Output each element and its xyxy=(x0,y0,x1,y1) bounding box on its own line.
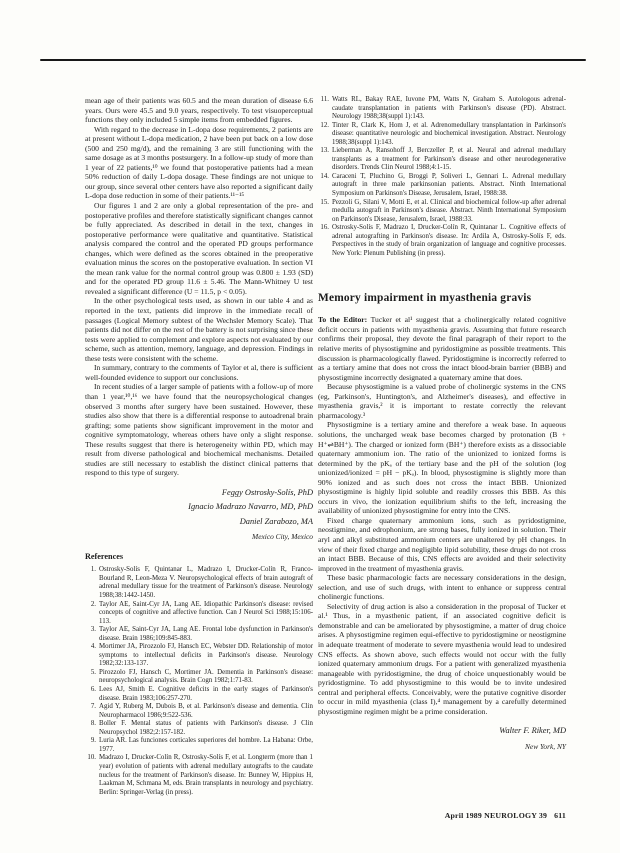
paragraph: Physostigmine is a tertiary amine and th… xyxy=(318,420,566,515)
journal-page-scan: mean age of their patients was 60.5 and … xyxy=(0,0,620,853)
author-location: New York, NY xyxy=(318,740,566,754)
paragraph: These basic pharmacologic facts are nece… xyxy=(318,573,566,602)
reference-item: 2.Taylor AE, Saint-Cyr JA, Lang AE. Idio… xyxy=(85,601,313,627)
salutation: To the Editor: xyxy=(318,315,367,324)
reference-item: 6.Lees AJ, Smith E. Cognitive deficits i… xyxy=(85,686,313,703)
author-signature: Ignacio Madrazo Navarro, MD, PhD xyxy=(85,500,313,515)
reference-text: Agid Y, Ruberg M, Dubois B, et al. Parki… xyxy=(99,703,313,719)
reference-item: 13.Lieberman A, Ransohoff J, Berczeller … xyxy=(318,147,566,173)
paragraph: Because physostigmine is a valued probe … xyxy=(318,382,566,420)
right-column: 11.Watts RL, Bakay RAE, Iuvone PM, Watts… xyxy=(318,96,566,754)
reference-text: Mortimer JA, Pirozzolo FJ, Hansch EC, We… xyxy=(99,643,313,667)
left-column: mean age of their patients was 60.5 and … xyxy=(85,96,313,797)
paragraph: In recent studies of a larger sample of … xyxy=(85,382,313,477)
reference-text: Pirozzolo FJ, Hansch C, Mortimer JA. Dem… xyxy=(99,669,313,685)
paragraph: In the other psychological tests used, a… xyxy=(85,296,313,363)
reference-text: Pezzoli G, Silani V, Motti E, et al. Cli… xyxy=(332,199,566,223)
page-number: 611 xyxy=(554,811,566,820)
reference-text: Caraceni T, Pluchino G, Broggi P, Solive… xyxy=(332,173,566,197)
letter-section-title: Memory impairment in myasthenia gravis xyxy=(318,292,566,304)
reference-number: 7. xyxy=(85,703,96,712)
reference-number: 9. xyxy=(85,737,96,746)
reference-item: 7.Agid Y, Ruberg M, Dubois B, et al. Par… xyxy=(85,703,313,720)
reference-item: 10.Madrazo I, Drucker-Colín R, Ostrosky-… xyxy=(85,754,313,797)
reference-text: Taylor AE, Saint-Cyr JA, Lang AE. Fronta… xyxy=(99,626,313,642)
reference-text: Ostrosky-Solís F, Madrazo I, Drucker-Col… xyxy=(332,224,566,257)
reference-item: 12.Tinter R, Clark K, Hom J, et al. Adre… xyxy=(318,122,566,148)
reference-item: 4.Mortimer JA, Pirozzolo FJ, Hansch EC, … xyxy=(85,643,313,669)
reference-number: 8. xyxy=(85,720,96,729)
page-top-rule xyxy=(40,59,586,61)
reference-text: Watts RL, Bakay RAE, Iuvone PM, Watts N,… xyxy=(332,96,566,120)
reference-number: 16. xyxy=(318,224,329,233)
paragraph: In summary, contrary to the comments of … xyxy=(85,363,313,382)
reference-text: Lieberman A, Ransohoff J, Berczeller P, … xyxy=(332,147,566,171)
reference-item: 16.Ostrosky-Solís F, Madrazo I, Drucker-… xyxy=(318,224,566,258)
author-signature-block: Feggy Ostrosky-Solís, PhD Ignacio Madraz… xyxy=(85,486,313,545)
reference-number: 1. xyxy=(85,566,96,575)
reference-item: 1.Ostrosky-Solís F, Quintanar L, Madrazo… xyxy=(85,566,313,600)
author-location: Mexico City, Mexico xyxy=(85,530,313,544)
reference-item: 3.Taylor AE, Saint-Cyr JA, Lang AE. Fron… xyxy=(85,626,313,643)
reference-text: Madrazo I, Drucker-Colín R, Ostrosky-Sol… xyxy=(99,754,313,795)
reference-number: 2. xyxy=(85,601,96,610)
reference-number: 10. xyxy=(85,754,96,763)
author-signature-block: Walter F. Riker, MD New York, NY xyxy=(318,724,566,754)
author-signature: Feggy Ostrosky-Solís, PhD xyxy=(85,486,313,501)
reference-item: 8.Boller F. Mental status of patients wi… xyxy=(85,720,313,737)
journal-issue-label: April 1989 NEUROLOGY 39 xyxy=(445,811,547,820)
reference-number: 13. xyxy=(318,147,329,156)
reference-number: 11. xyxy=(318,96,329,105)
reference-list-continued: 11.Watts RL, Bakay RAE, Iuvone PM, Watts… xyxy=(318,96,566,258)
paragraph: Our figures 1 and 2 are only a global re… xyxy=(85,201,313,296)
reference-number: 14. xyxy=(318,173,329,182)
reference-list: 1.Ostrosky-Solís F, Quintanar L, Madrazo… xyxy=(85,566,313,797)
paragraph: With regard to the decrease in L-dopa do… xyxy=(85,125,313,201)
reference-text: Luria AR. Las funciones corticales super… xyxy=(99,737,313,753)
reference-text: Tinter R, Clark K, Hom J, et al. Adrenom… xyxy=(332,122,566,146)
reference-item: 15.Pezzoli G, Silani V, Motti E, et al. … xyxy=(318,199,566,225)
reference-item: 9.Luria AR. Las funciones corticales sup… xyxy=(85,737,313,754)
reference-number: 4. xyxy=(85,643,96,652)
reference-number: 15. xyxy=(318,199,329,208)
paragraph: Fixed charge quaternary ammonium ions, s… xyxy=(318,516,566,573)
author-signature: Walter F. Riker, MD xyxy=(318,724,566,739)
reference-number: 3. xyxy=(85,626,96,635)
reference-item: 14.Caraceni T, Pluchino G, Broggi P, Sol… xyxy=(318,173,566,199)
reference-number: 6. xyxy=(85,686,96,695)
paragraph-continuation: mean age of their patients was 60.5 and … xyxy=(85,96,313,125)
reference-number: 5. xyxy=(85,669,96,678)
page-footer: April 1989 NEUROLOGY 39611 xyxy=(318,811,566,820)
references-heading: References xyxy=(85,552,313,561)
reference-number: 12. xyxy=(318,122,329,131)
paragraph: Selectivity of drug action is also a con… xyxy=(318,602,566,717)
paragraph-text: Tucker et al¹ suggest that a cholinergic… xyxy=(318,315,566,381)
reference-text: Boller F. Mental status of patients with… xyxy=(99,720,313,736)
paragraph-to-the-editor: To the Editor: Tucker et al¹ suggest tha… xyxy=(318,315,566,382)
reference-text: Ostrosky-Solís F, Quintanar L, Madrazo I… xyxy=(99,566,313,599)
reference-item: 11.Watts RL, Bakay RAE, Iuvone PM, Watts… xyxy=(318,96,566,122)
reference-text: Taylor AE, Saint-Cyr JA, Lang AE. Idiopa… xyxy=(99,601,313,625)
reference-item: 5.Pirozzolo FJ, Hansch C, Mortimer JA. D… xyxy=(85,669,313,686)
author-signature: Daniel Zarabozo, MA xyxy=(85,515,313,530)
reference-text: Lees AJ, Smith E. Cognitive deficits in … xyxy=(99,686,313,702)
